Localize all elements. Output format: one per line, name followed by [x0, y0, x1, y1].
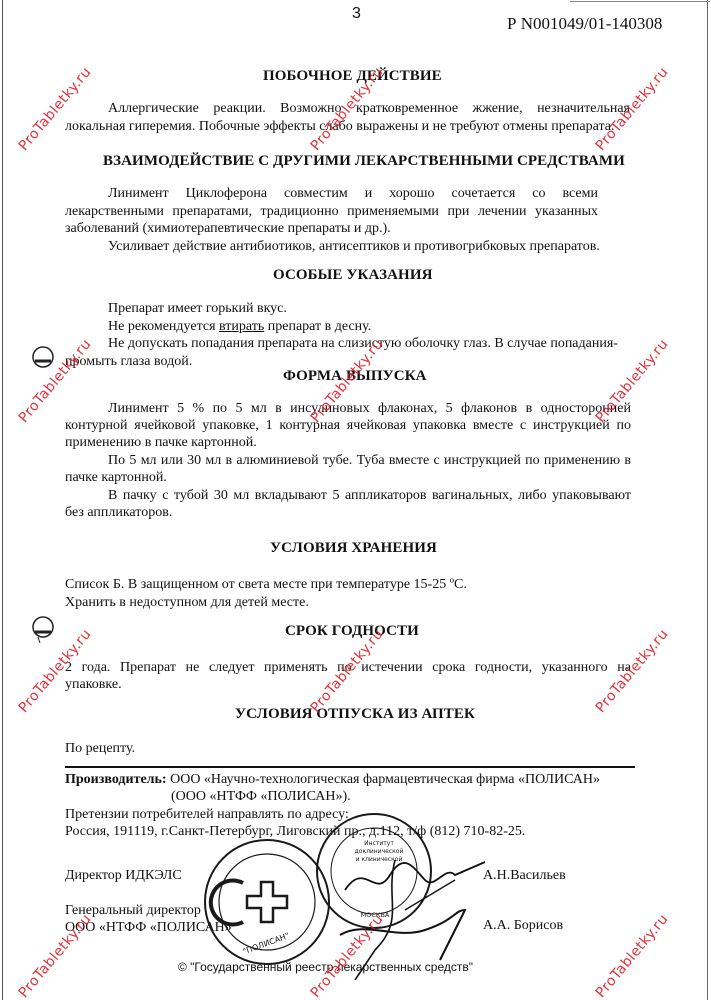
release-line-2: контурной ячейковой упаковке, 1 контурна… — [65, 417, 631, 434]
page-number: 3 — [352, 5, 361, 23]
watermark: ProTabletky.ru — [593, 911, 672, 1000]
scan-border-left — [2, 0, 3, 1000]
document-page: 3 Р N001049/01-140308 ПОБОЧНОЕ ДЕЙСТВИЕ … — [0, 0, 711, 1000]
signature-role-director: Директор ИДКЭЛС — [65, 867, 182, 884]
divider-line — [65, 766, 635, 768]
shelf-life-line-2: упаковке. — [65, 676, 122, 693]
company-stamp: "ПОЛИСАН" — [203, 838, 331, 966]
release-line-6: В пачку с тубой 30 мл вкладывают 5 аппли… — [108, 487, 631, 504]
registration-number: Р N001049/01-140308 — [507, 14, 662, 34]
signature-name-vasiliev: А.Н.Васильев — [483, 867, 566, 884]
release-line-7: без аппликаторов. — [65, 504, 172, 521]
interactions-line-2: лекарственными препаратами, традиционно … — [65, 203, 598, 220]
section-title-dispensing: УСЛОВИЯ ОТПУСКА ИЗ АПТЕК — [235, 706, 475, 723]
special-line-2-start: Не рекомендуется — [108, 319, 216, 334]
special-line-2: Не рекомендуется втирать препарат в десн… — [108, 318, 371, 335]
interactions-line-1: Линимент Циклоферона совместим и хорошо … — [108, 185, 598, 202]
dispensing-line-1: По рецепту. — [65, 740, 135, 757]
signature-name-borisov: А.А. Борисов — [483, 917, 563, 934]
section-title-interactions: ВЗАИМОДЕЙСТВИЕ С ДРУГИМИ ЛЕКАРСТВЕННЫМИ … — [103, 153, 625, 170]
interactions-line-3: заболеваний (химиотерапевтические препар… — [65, 220, 391, 237]
special-line-2-end: препарат в десну. — [268, 319, 371, 334]
storage-line-2: Хранить в недоступном для детей месте. — [65, 594, 309, 611]
watermark: ProTabletky.ru — [16, 911, 95, 1000]
claims-line: Претензии потребителей направлять по адр… — [65, 806, 349, 823]
interactions-line-4: Усиливает действие антибиотиков, антисеп… — [108, 238, 600, 255]
special-line-2-underlined-word: втирать — [219, 319, 264, 334]
release-line-1: Линимент 5 % по 5 мл в инсулиновых флако… — [108, 400, 631, 417]
release-line-4: По 5 мл или 30 мл в алюминиевой тубе. Ту… — [108, 452, 631, 469]
section-title-shelf-life: СРОК ГОДНОСТИ — [285, 623, 419, 640]
watermark: ProTabletky.ru — [16, 64, 95, 154]
manufacturer-line-1: Производитель: ООО «Научно-технологическ… — [65, 771, 600, 788]
manufacturer-label: Производитель: — [65, 772, 167, 787]
margin-mark-icon — [30, 345, 58, 371]
release-line-5: пачке картонной. — [65, 469, 167, 486]
section-title-side-effects: ПОБОЧНОЕ ДЕЙСТВИЕ — [263, 68, 442, 85]
scan-border-top — [570, 1, 710, 2]
special-line-1: Препарат имеет горький вкус. — [108, 300, 287, 317]
polisan-stamp-icon: "ПОЛИСАН" — [203, 838, 331, 966]
release-line-3: применению в пачке картонной. — [65, 434, 257, 451]
scan-border-right — [707, 0, 708, 1000]
storage-line-1: Список Б. В защищенном от света месте пр… — [65, 576, 467, 593]
svg-text:"ПОЛИСАН": "ПОЛИСАН" — [242, 931, 291, 956]
manufacturer-line-2: (ООО «НТФФ «ПОЛИСАН»). — [171, 788, 351, 805]
side-effects-line-1: Аллергические реакции. Возможно кратковр… — [108, 100, 630, 117]
section-title-special-instructions: ОСОБЫЕ УКАЗАНИЯ — [273, 267, 433, 284]
signature-scribble-icon — [335, 840, 495, 980]
margin-mark-icon-2 — [30, 615, 58, 645]
section-title-storage: УСЛОВИЯ ХРАНЕНИЯ — [270, 540, 437, 557]
manufacturer-name: ООО «Научно-технологическая фармацевтиче… — [170, 772, 600, 787]
